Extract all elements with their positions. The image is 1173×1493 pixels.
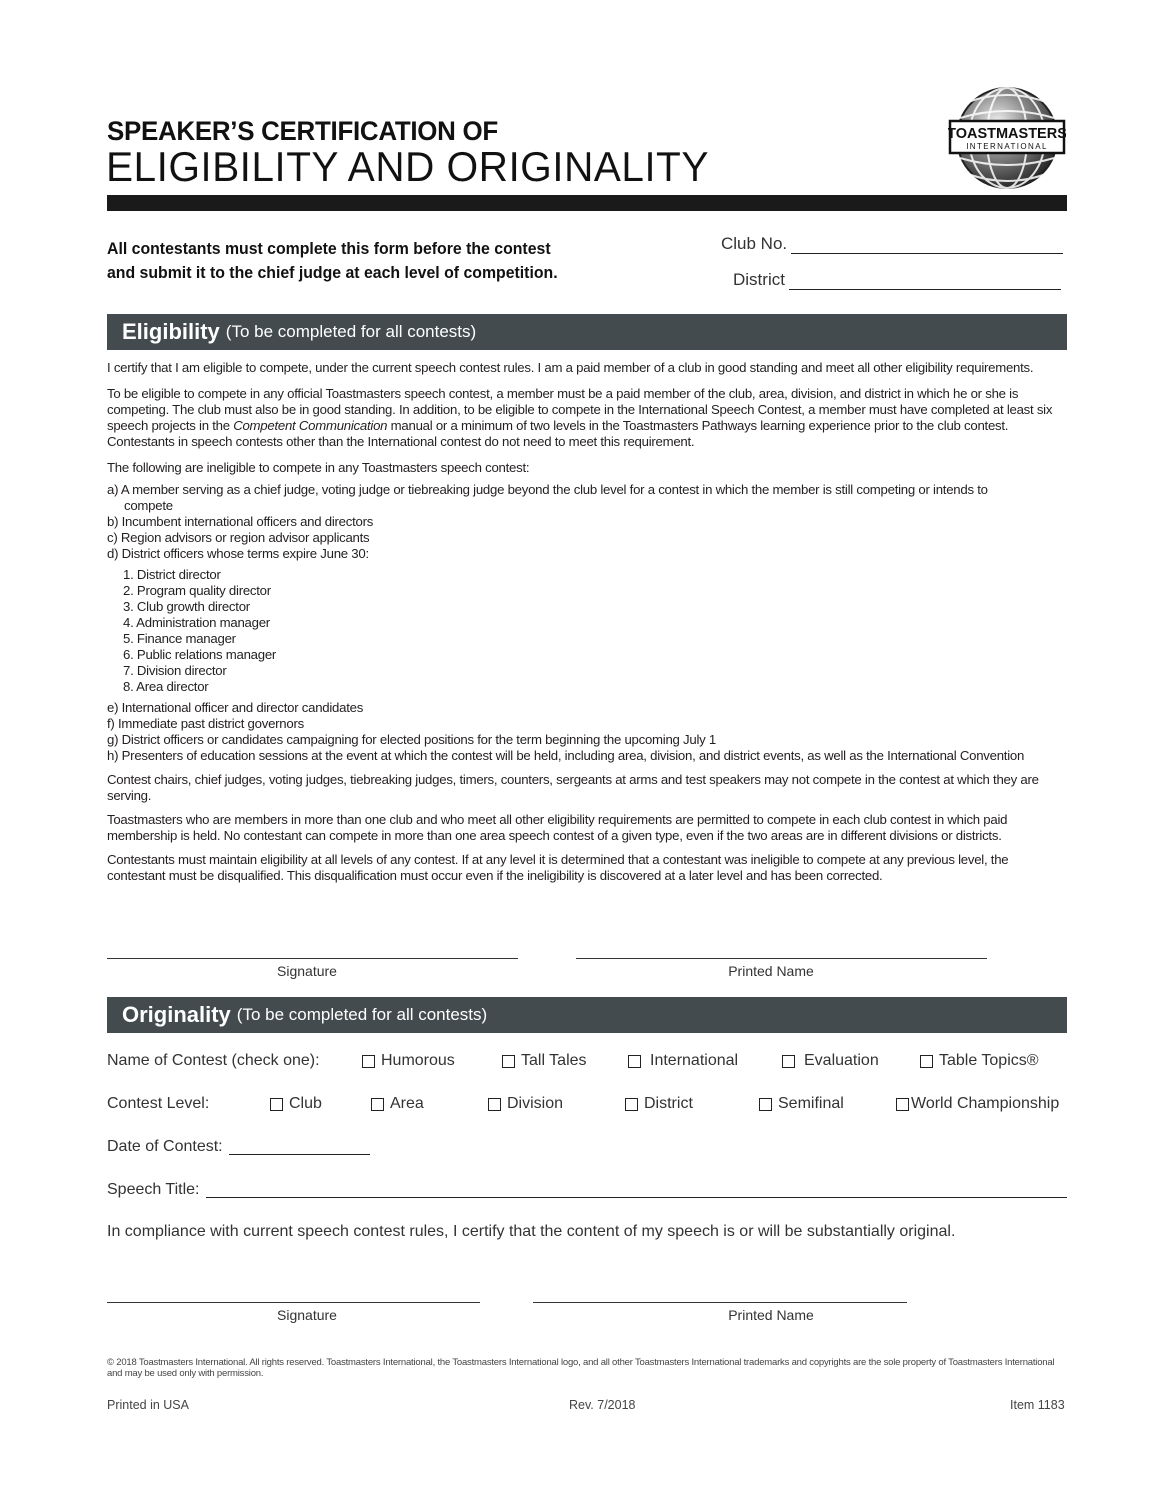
multi-club-note: Toastmasters who are members in more tha… — [107, 812, 1067, 844]
list-item: 2. Program quality director — [116, 583, 1067, 599]
checkbox-humorous[interactable]: Humorous — [362, 1050, 455, 1072]
list-item: 6. Public relations manager — [116, 647, 1067, 663]
instructions-line2: and submit it to the chief judge at each… — [107, 261, 558, 285]
eligibility-signature-label: Signature — [107, 963, 507, 979]
eligibility-heading: Eligibility — [122, 319, 220, 345]
ineligible-item-a: a) A member serving as a chief judge, vo… — [107, 482, 1067, 498]
originality-subheading: (To be completed for all contests) — [237, 1005, 487, 1025]
checkbox-box-icon[interactable] — [270, 1098, 283, 1111]
copyright-notice: © 2018 Toastmasters International. All r… — [107, 1357, 1067, 1379]
ineligible-intro: The following are ineligible to compete … — [107, 460, 1067, 476]
checkbox-box-icon[interactable] — [896, 1098, 909, 1111]
eligibility-printed-name-input[interactable] — [576, 958, 987, 959]
checkbox-tall-tales[interactable]: Tall Tales — [502, 1050, 587, 1072]
list-item: 1. District director — [116, 567, 1067, 583]
eligibility-body: I certify that I am eligible to compete,… — [107, 360, 1067, 894]
list-item: 3. Club growth director — [116, 599, 1067, 615]
date-of-contest-row: Date of Contest: — [107, 1136, 370, 1158]
instructions: All contestants must complete this form … — [107, 237, 558, 285]
logo-text: TOASTMASTERS — [948, 126, 1066, 142]
revision: Rev. 7/2018 — [569, 1398, 635, 1412]
speech-title-row: Speech Title: — [107, 1179, 1067, 1201]
district-field[interactable]: District — [733, 270, 1061, 290]
ineligible-item-e: e) International officer and director ca… — [107, 700, 1067, 716]
contest-level-row: Contest Level: Club Area Division Distri… — [107, 1093, 1067, 1115]
speech-title-input[interactable] — [206, 1182, 1067, 1198]
list-item: 5. Finance manager — [116, 631, 1067, 647]
checkbox-club[interactable]: Club — [270, 1093, 322, 1115]
contest-level-label: Contest Level: — [107, 1095, 209, 1113]
ineligible-item-g: g) District officers or candidates campa… — [107, 732, 1067, 748]
checkbox-box-icon[interactable] — [628, 1055, 641, 1068]
ineligible-item-c: c) Region advisors or region advisor app… — [107, 530, 1067, 546]
checkbox-box-icon[interactable] — [488, 1098, 501, 1111]
checkbox-table-topics[interactable]: Table Topics® — [920, 1050, 1039, 1072]
club-no-input[interactable] — [791, 236, 1063, 254]
checkbox-box-icon[interactable] — [920, 1055, 933, 1068]
checkbox-box-icon[interactable] — [502, 1055, 515, 1068]
originality-signature-label: Signature — [107, 1307, 507, 1323]
speech-title-label: Speech Title: — [107, 1181, 200, 1199]
district-label: District — [733, 270, 785, 290]
checkbox-evaluation[interactable]: Evaluation — [782, 1050, 879, 1072]
eligibility-requirements-text: To be eligible to compete in any officia… — [107, 386, 1067, 450]
eligibility-subheading: (To be completed for all contests) — [226, 322, 476, 342]
contest-name-row: Name of Contest (check one): Humorous Ta… — [107, 1050, 1067, 1072]
eligibility-certify-text: I certify that I am eligible to compete,… — [107, 360, 1067, 376]
item-number: Item 1183 — [1010, 1398, 1065, 1412]
originality-printed-name-label: Printed Name — [576, 1307, 966, 1323]
date-of-contest-label: Date of Contest: — [107, 1138, 223, 1156]
checkbox-box-icon[interactable] — [782, 1055, 795, 1068]
originality-certify-text: In compliance with current speech contes… — [107, 1221, 955, 1243]
checkbox-semifinal[interactable]: Semifinal — [759, 1093, 844, 1115]
printed-in: Printed in USA — [107, 1398, 189, 1412]
checkbox-box-icon[interactable] — [362, 1055, 375, 1068]
eligibility-signature-input[interactable] — [107, 958, 518, 959]
logo-subtext: INTERNATIONAL — [966, 142, 1048, 151]
ineligible-item-b: b) Incumbent international officers and … — [107, 514, 1067, 530]
checkbox-world-championship[interactable]: World Championship — [896, 1093, 1059, 1115]
maintain-eligibility-note: Contestants must maintain eligibility at… — [107, 852, 1067, 884]
date-of-contest-input[interactable] — [229, 1139, 370, 1155]
checkbox-international[interactable]: International — [628, 1050, 738, 1072]
originality-printed-name-input[interactable] — [533, 1302, 907, 1303]
club-no-field[interactable]: Club No. — [721, 234, 1063, 254]
form-title-line2: ELIGIBILITY AND ORIGINALITY — [106, 143, 709, 191]
checkbox-box-icon[interactable] — [759, 1098, 772, 1111]
checkbox-district[interactable]: District — [625, 1093, 693, 1115]
contest-name-label: Name of Contest (check one): — [107, 1052, 320, 1070]
club-no-label: Club No. — [721, 234, 787, 254]
district-input[interactable] — [789, 272, 1061, 290]
checkbox-box-icon[interactable] — [625, 1098, 638, 1111]
checkbox-box-icon[interactable] — [371, 1098, 384, 1111]
checkbox-area[interactable]: Area — [371, 1093, 424, 1115]
eligibility-section-header: Eligibility (To be completed for all con… — [107, 314, 1067, 350]
list-item: 7. Division director — [116, 663, 1067, 679]
title-divider — [107, 195, 1067, 211]
officials-note: Contest chairs, chief judges, voting jud… — [107, 772, 1067, 804]
district-officer-list: 1. District director 2. Program quality … — [107, 567, 1067, 695]
ineligible-item-d: d) District officers whose terms expire … — [107, 546, 1067, 562]
list-item: 8. Area director — [116, 679, 1067, 695]
toastmasters-logo-icon: TOASTMASTERS INTERNATIONAL — [948, 84, 1066, 192]
ineligible-item-a-cont: compete — [107, 498, 1067, 514]
checkbox-division[interactable]: Division — [488, 1093, 563, 1115]
ineligible-item-f: f) Immediate past district governors — [107, 716, 1067, 732]
originality-heading: Originality — [122, 1002, 231, 1028]
list-item: 4. Administration manager — [116, 615, 1067, 631]
eligibility-printed-name-label: Printed Name — [576, 963, 966, 979]
originality-section-header: Originality (To be completed for all con… — [107, 997, 1067, 1033]
ineligible-item-h: h) Presenters of education sessions at t… — [107, 748, 1067, 764]
instructions-line1: All contestants must complete this form … — [107, 237, 558, 261]
originality-signature-input[interactable] — [107, 1302, 480, 1303]
